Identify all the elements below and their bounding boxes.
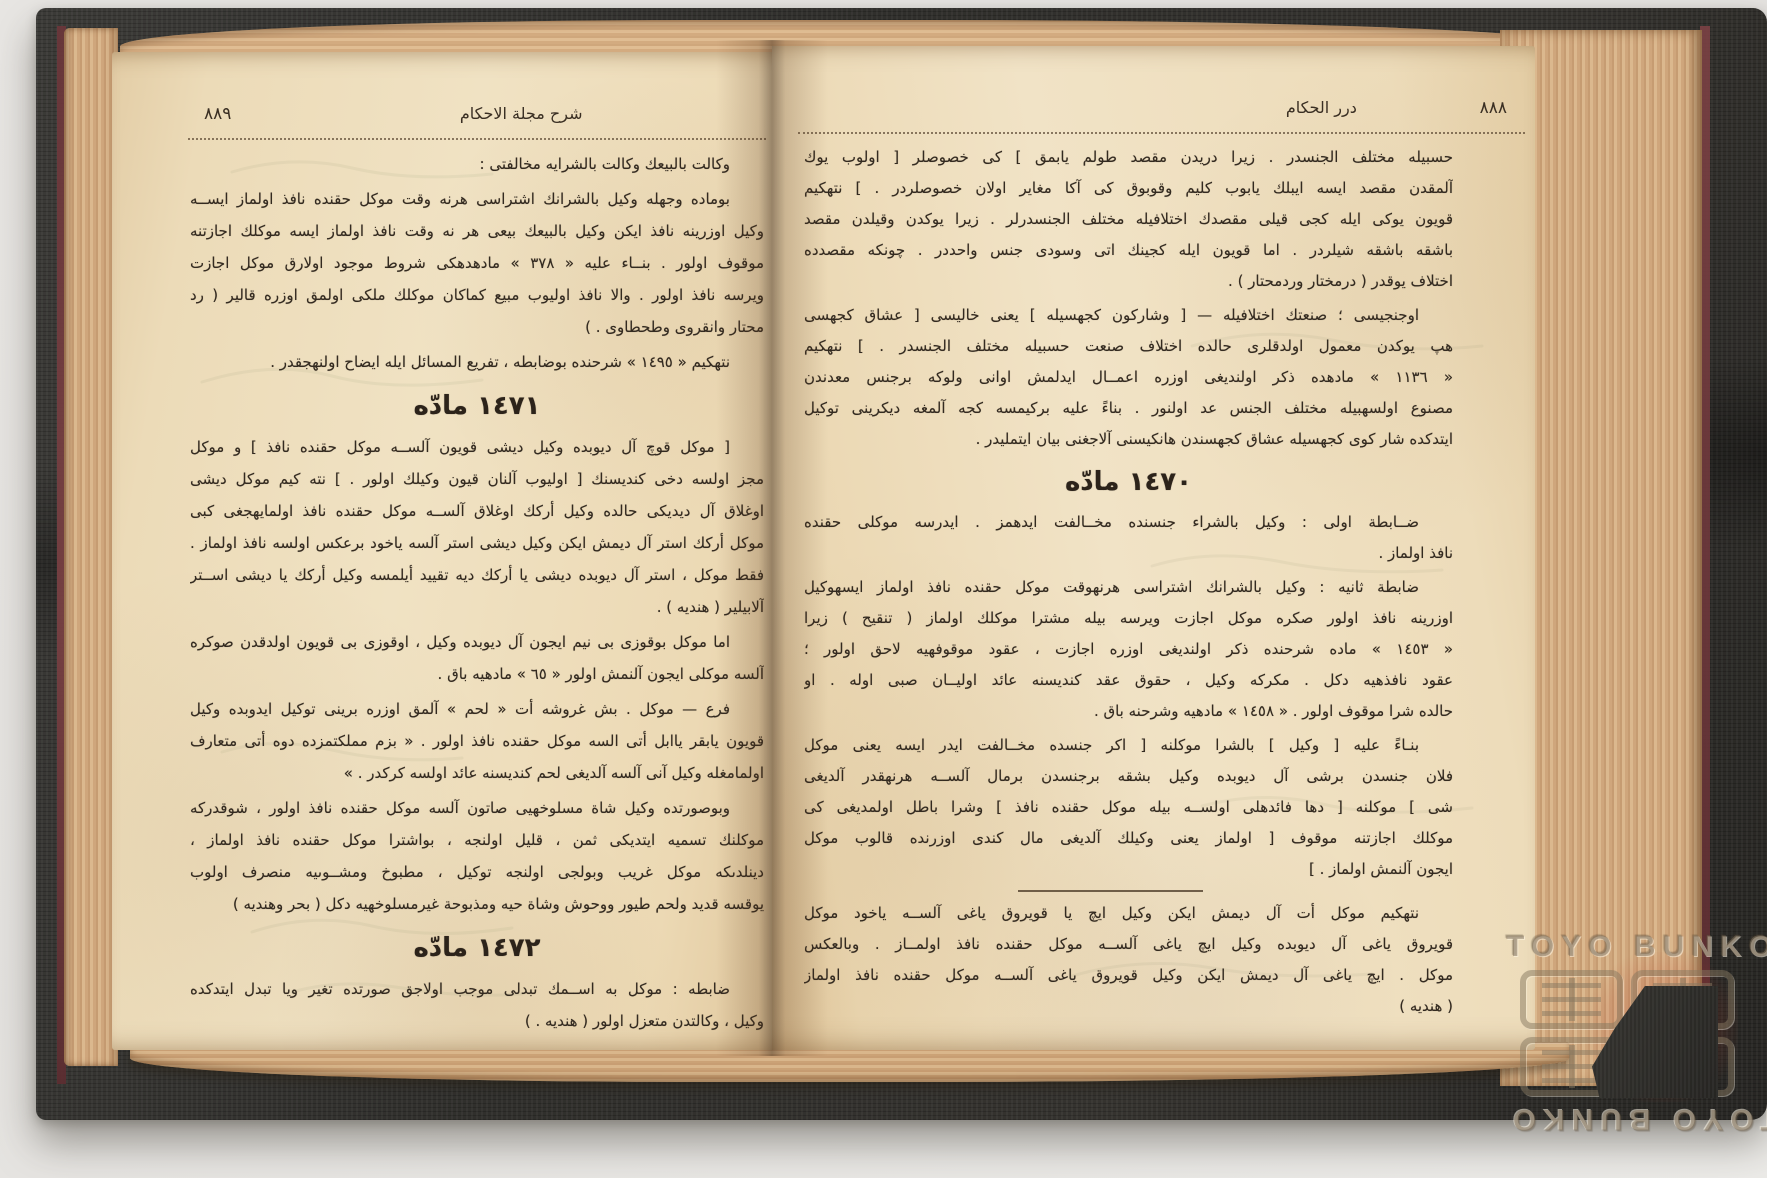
page-header: ٨٨٨ درر الحكام [772,98,1535,138]
text-line: آلسه موكلى ايجون آلنمش اولور « ٦٥ » ماده… [190,658,764,690]
text-line: اما موكل بوقوزى بى نيم ايجون آل ديوبده و… [190,626,764,658]
page-text: وكالت بالبيعك وكالت بالشرايه مخالفتى :بو… [190,148,764,1046]
text-line: ضابطة ثانيه : وكيل بالشرانك اشتراسى هرنه… [804,572,1453,603]
text-line: محتار وانقروى وطحطاوى . ) [190,311,764,343]
text-line: موكل أركك استر آل ديمش ايكن وكيل ديشى اس… [190,527,764,559]
text-line: نتهكيم موكل أت آل ديمش ايكن وكيل ايچ يا … [804,898,1453,929]
text-line: شى ] موكلنه [ دها فائدهلى اولســه بيله م… [804,792,1453,823]
text-line: وكيل ، وكالتدن متعزل اولور ( هنديه . ) [190,1005,764,1037]
page-header: ٨٨٩ شرح مجلة الاحكام [112,104,772,144]
paragraph: بوماده وجهله وكيل بالشرانك اشتراسى هرنه … [190,183,764,343]
text-line: ايجون آلنمش اولماز . ] [804,854,1453,885]
text-line: قويروق ياغى آل ديوبده وكيل ايچ ياغى آلسـ… [804,929,1453,960]
article-heading: ١٤٧١ مادّه [190,390,764,422]
text-line: بوماده وجهله وكيل بالشرانك اشتراسى هرنه … [190,183,764,215]
text-line: ضابطه : موكل به اســمك تبدلى موجب اولاجق… [190,973,764,1005]
running-title: درر الحكام [1286,98,1357,117]
text-line: موكل . ايچ ياغى آل ديمش ايكن وكيل قويروق… [804,960,1453,991]
text-line: فرع — موكل . بش غروشه أت « لحم » آلمق او… [190,693,764,725]
book-photo: ٨٨٩ شرح مجلة الاحكام وكالت بالبيعك وكالت… [0,0,1767,1178]
text-line: [ موكل قوچ آل ديوبده وكيل ديشى قويون آلس… [190,431,764,463]
text-line: نافذ اولماز . [804,538,1453,569]
right-page: ٨٨٨ درر الحكام حسبيله مختلف الجنسدر . زي… [772,46,1535,1050]
paragraph: حسبيله مختلف الجنسدر . زيرا دريدن مقصد ط… [804,142,1453,297]
text-line: يوقسه قديد ولحم طيور ووحوش وشاة حيه ومذب… [190,888,764,920]
text-line: نتهكيم « ١٤٩٥ » شرحنده بوضابطه ، تفريع ا… [190,346,764,378]
left-page: ٨٨٩ شرح مجلة الاحكام وكالت بالبيعك وكالت… [112,52,772,1050]
paragraph: ضابطه : موكل به اســمك تبدلى موجب اولاجق… [190,973,764,1037]
text-line: وكيل اوزرينه نافذ ايكن وكيل بالبيعك بيعى… [190,215,764,247]
paragraph: فرع — موكل . بش غروشه أت « لحم » آلمق او… [190,693,764,789]
paragraph: ضابطة ثانيه : وكيل بالشرانك اشتراسى هرنه… [804,572,1453,727]
text-line: اولمامغله وكيل آنى آلسه آلديغى لحم كنديس… [190,757,764,789]
text-line: ( هنديه ) [804,991,1453,1022]
text-line: ضــابطة اولى : وكيل بالشراء جنسنده مخــا… [804,507,1453,538]
text-line: بنـاءً عليه [ وكيل ] بالشرا موكلنه [ اكر… [804,730,1453,761]
text-line: قويون يوكى ايله كجى قيلى مقصدك اختلافيله… [804,204,1453,235]
paragraph: نتهكيم موكل أت آل ديمش ايكن وكيل ايچ يا … [804,898,1453,1022]
text-line: دينلدىكه موكل غريب وبولجى اولنجه توكيل ،… [190,856,764,888]
text-line: ايتدكده شار كوى كجهسيله عشاق كجهسندن هان… [804,424,1453,455]
text-line: آلابيلير ( هنديه ) . [190,591,764,623]
text-line: آلمقدن مقصد ايسه ايبلك يابوب كليم وقوبوق… [804,173,1453,204]
text-line: عقود نافذهيه دكل . مكركه وكيل ، حقوق عقد… [804,665,1453,696]
text-line: موقوف اولور . بنــاء عليه « ٣٧٨ » مادهده… [190,247,764,279]
text-line: باشقه باشقه شيلردر . اما قويون ايله كجين… [804,235,1453,266]
text-line: هپ يوكدن معمول اولدقلرى حالده اختلاف صنع… [804,331,1453,362]
paragraph: [ موكل قوچ آل ديوبده وكيل ديشى قويون آلس… [190,431,764,623]
paragraph: اما موكل بوقوزى بى نيم ايجون آل ديوبده و… [190,626,764,690]
article-heading: ١٤٧٢ مادّه [190,932,764,964]
text-line: اوجنجيسى ؛ صنعتك اختلافيله — [ وشاركون ك… [804,300,1453,331]
paragraph: ضــابطة اولى : وكيل بالشراء جنسنده مخــا… [804,507,1453,569]
text-line: مجز اولسه دخى كنديسنك [ اوليوب آلنان قيو… [190,463,764,495]
paragraph: نتهكيم « ١٤٩٥ » شرحنده بوضابطه ، تفريع ا… [190,346,764,378]
header-rule [798,132,1525,134]
header-rule [188,138,766,140]
text-line: مصنوع اولسهبيله مختلف الجنس عد اولنور . … [804,393,1453,424]
text-line: فلان جنسدن برشى آل ديوبده وكيل بشقه برجن… [804,761,1453,792]
text-line: حالده شرا موقوف اولور . « ١٤٥٨ » مادهيه … [804,696,1453,727]
page-text: حسبيله مختلف الجنسدر . زيرا دريدن مقصد ط… [804,142,1453,1046]
folio-number: ٨٨٩ [204,104,231,124]
running-title: شرح مجلة الاحكام [460,104,583,123]
text-line: اوغلاق آل ديديكى حالده وكيل أركك اوغلاق … [190,495,764,527]
text-line: وكالت بالبيعك وكالت بالشرايه مخالفتى : [190,148,764,180]
text-line: اوزرينه نافذ اولور صكره موكل اجازت ويرسه… [804,603,1453,634]
text-line: اختلاف يوقدر ( درمختار وردمحتار ) . [804,266,1453,297]
paragraph: اوجنجيسى ؛ صنعتك اختلافيله — [ وشاركون ك… [804,300,1453,455]
text-line: موكلك اجازتنه موقوف [ اولماز يعنى وكيلك … [804,823,1453,854]
text-line: « ١٤٥٣ » ماده شرحنده ذكر اولنديغى اوزره … [804,634,1453,665]
text-line: ويرسه نافذ اولور . والا نافذ اوليوب مبيع… [190,279,764,311]
folio-number: ٨٨٨ [1480,98,1507,118]
paragraph: بنـاءً عليه [ وكيل ] بالشرا موكلنه [ اكر… [804,730,1453,885]
fore-edge-left [64,28,118,1066]
paragraph: وكالت بالبيعك وكالت بالشرايه مخالفتى : [190,148,764,180]
text-line: قويون يابقر ياابل أتى السه موكل حقنده نا… [190,725,764,757]
separator-rule [1018,890,1203,892]
paragraph: وبوصورتده وكيل شاة مسلوخهيى صاتون آلسه م… [190,792,764,920]
text-line: حسبيله مختلف الجنسدر . زيرا دريدن مقصد ط… [804,142,1453,173]
text-line: موكلنك تسميه ايتديكى ثمن ، قليل اولنجه ،… [190,824,764,856]
article-heading: ١٤٧٠ مادّه [804,467,1453,498]
text-line: « ١١٣٦ » مادهده ذكر اولنديغى اوزره اعمــ… [804,362,1453,393]
text-line: فقط موكل ، استر آل ديوبده ديشى يا أركك د… [190,559,764,591]
text-line: وبوصورتده وكيل شاة مسلوخهيى صاتون آلسه م… [190,792,764,824]
